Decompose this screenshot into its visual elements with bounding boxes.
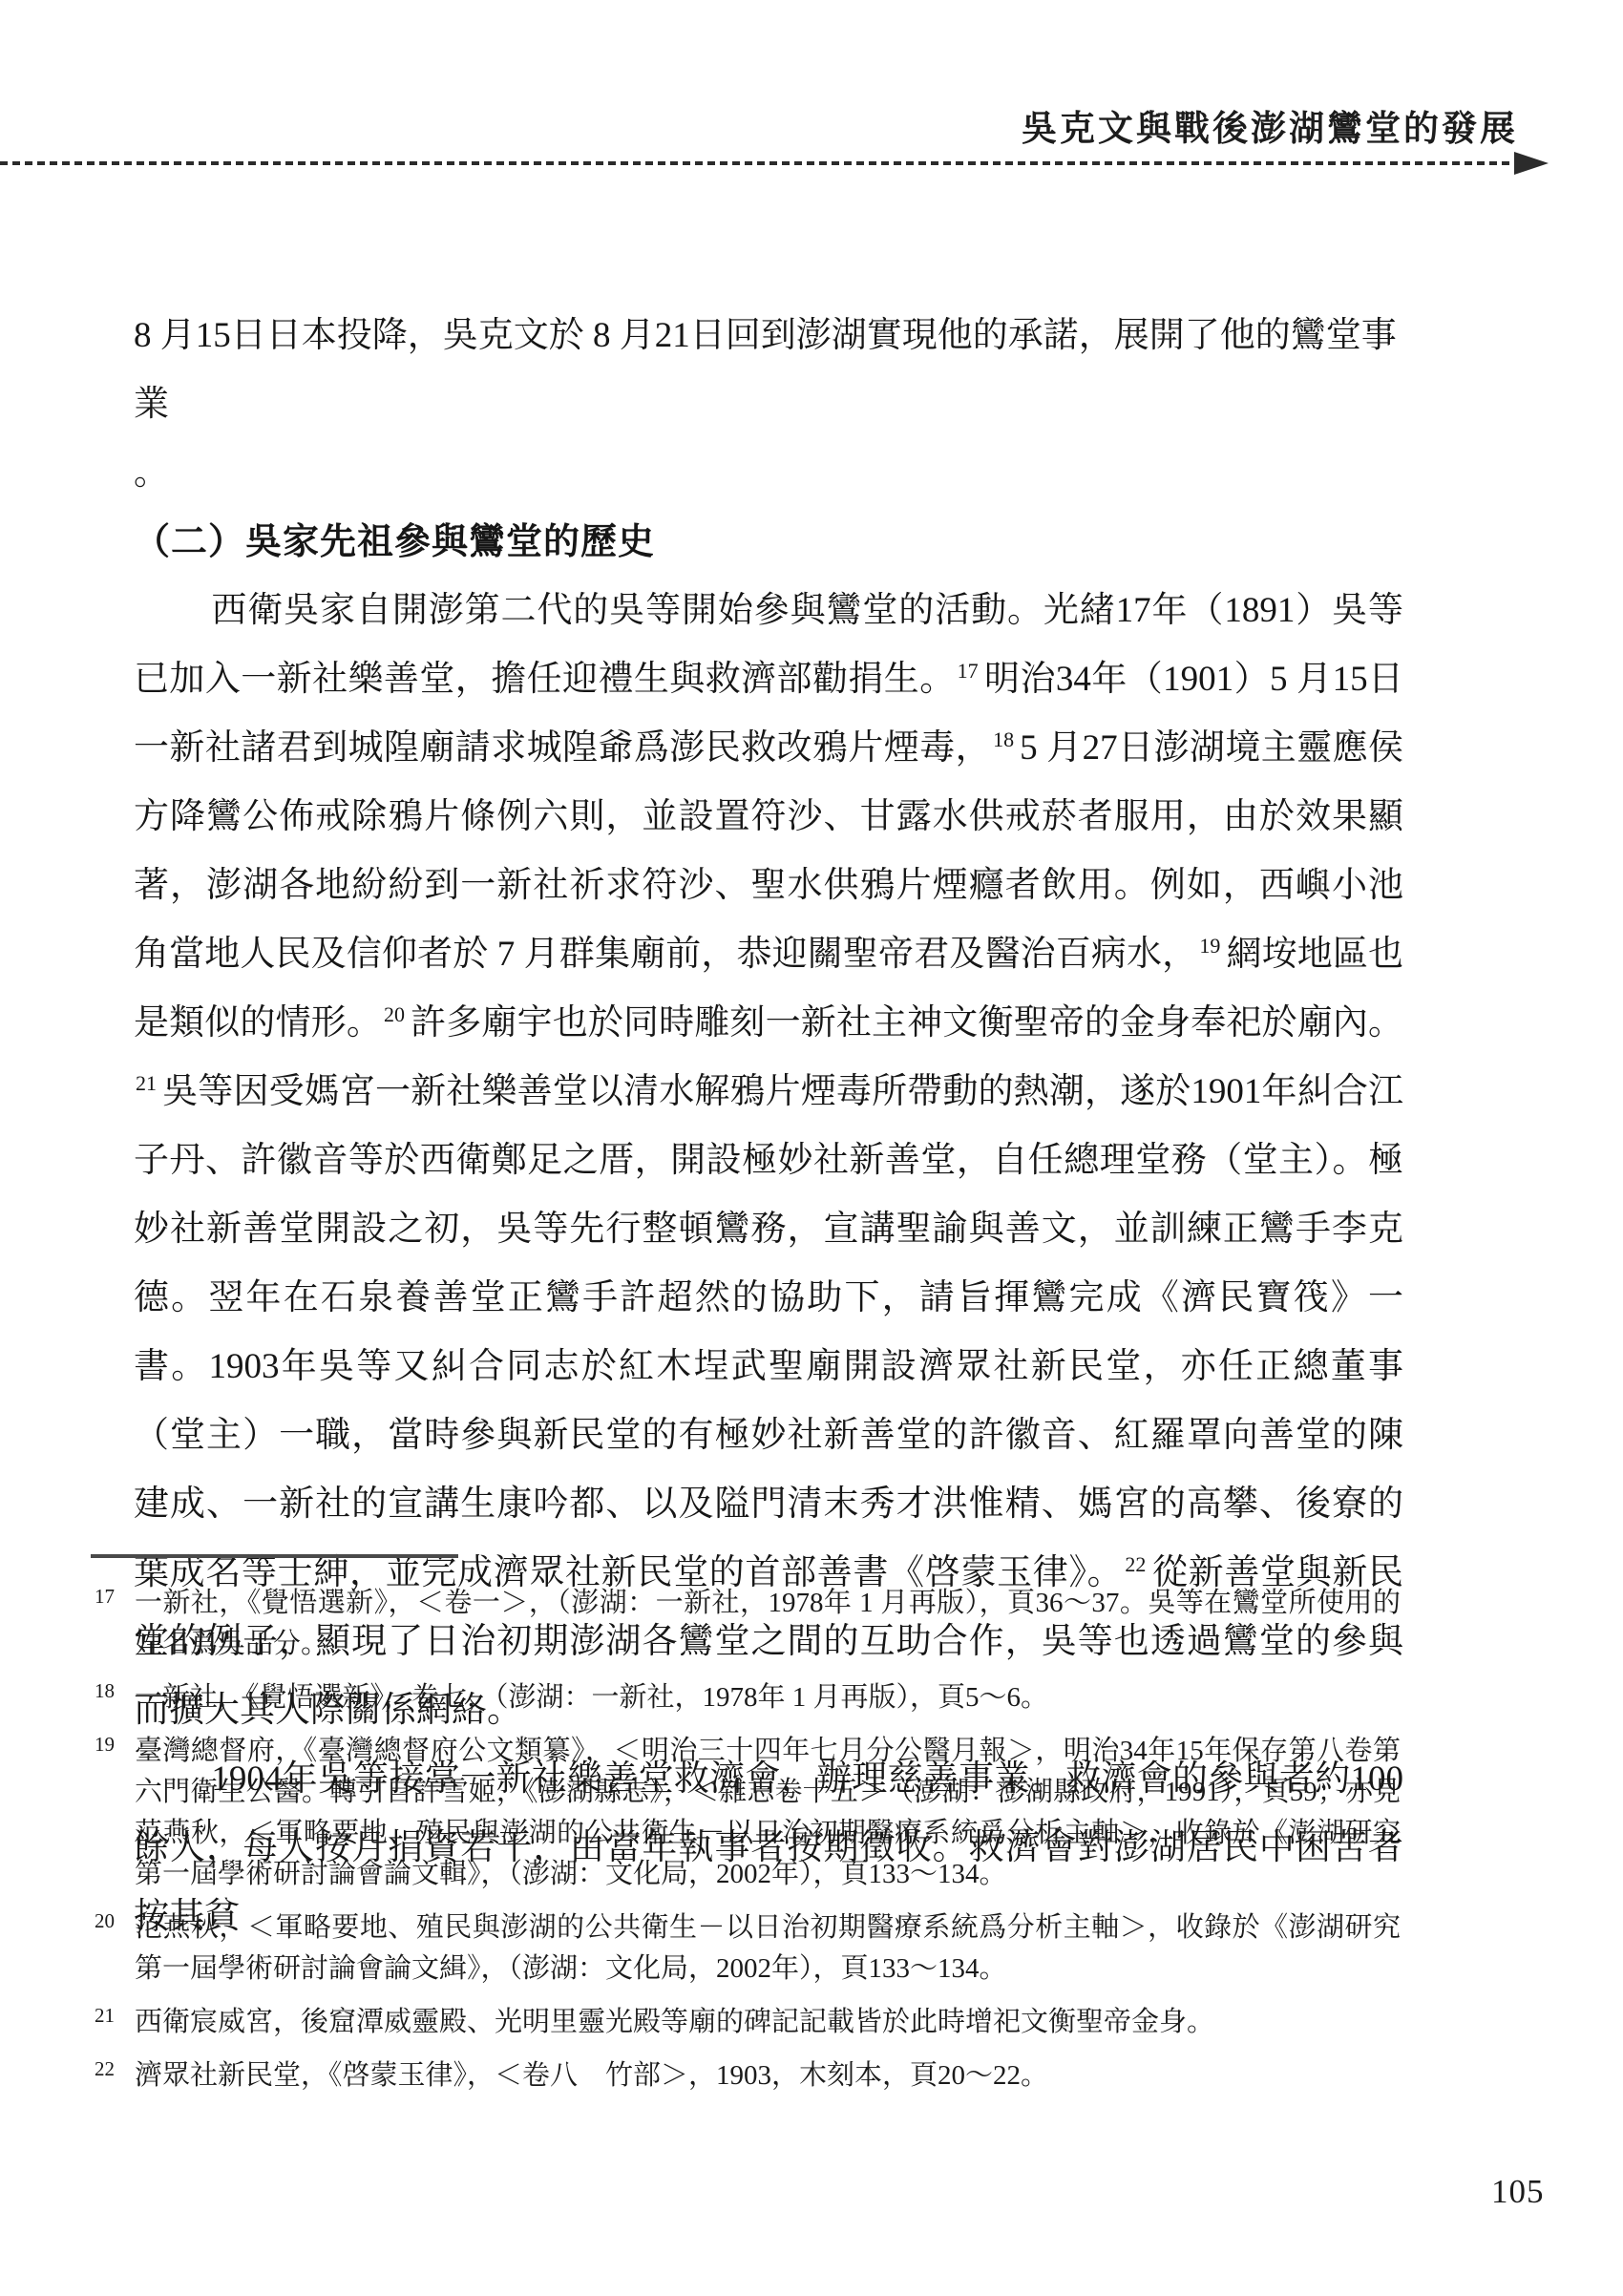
footnote-20: 20 范燕秋，＜軍略要地、殖民與澎湖的公共衛生－以日治初期醫療系統爲分析主軸＞，… — [91, 1907, 1401, 1990]
footnote-ref-20: 20 — [384, 1002, 405, 1026]
footnotes-block: 17 一新社，《覺悟選新》，＜卷一＞，（澎湖：一新社，1978年 1 月再版），… — [91, 1583, 1401, 2109]
footnote-number: 22 — [95, 2049, 115, 2090]
footnote-text: 一新社，《覺悟選新》，卷七，（澎湖：一新社，1978年 1 月再版），頁5～6。 — [135, 1682, 1048, 1713]
footnote-ref-22: 22 — [1125, 1552, 1146, 1576]
footnote-text: 一新社，《覺悟選新》，＜卷一＞，（澎湖：一新社，1978年 1 月再版），頁36… — [135, 1588, 1401, 1659]
document-page: 吳克文與戰後澎湖鸞堂的發展 8 月15日日本投降，吳克文於 8 月21日回到澎湖… — [0, 0, 1623, 2296]
footnote-text: 西衛宸威宮，後窟潭威靈殿、光明里靈光殿等廟的碑記記載皆於此時增祀文衡聖帝金身。 — [135, 2007, 1214, 2037]
arrow-right-icon — [1514, 152, 1549, 175]
footnote-separator — [91, 1554, 458, 1558]
paragraph-history: 西衛吳家自開澎第二代的吳等開始參與鸞堂的活動。光緒17年（1891）吳等已加入一… — [134, 577, 1403, 1745]
footnote-ref-21: 21 — [136, 1071, 157, 1095]
footnote-number: 20 — [95, 1901, 115, 1942]
text-run: 許多廟宇也於同時雕刻一新社主神文衡聖帝的金身奉祀於廟內。 — [411, 1003, 1403, 1043]
text-run: 吳等因受媽宮一新社樂善堂以清水解鴉片煙毒所帶動的熱潮，遂於1901年糾合江子丹、… — [134, 1072, 1403, 1592]
section-heading: （二）吳家先祖參與鸞堂的歷史 — [134, 508, 1403, 577]
footnote-19: 19 臺灣總督府，《臺灣總督府公文類纂》，＜明治三十四年七月分公醫月報＞，明治3… — [91, 1731, 1401, 1895]
footnote-ref-17: 17 — [958, 659, 979, 683]
footnote-21: 21 西衛宸威宮，後窟潭威靈殿、光明里靈光殿等廟的碑記記載皆於此時增祀文衡聖帝金… — [91, 2002, 1401, 2043]
footnote-text: 范燕秋，＜軍略要地、殖民與澎湖的公共衛生－以日治初期醫療系統爲分析主軸＞，收錄於… — [135, 1912, 1401, 1984]
footnote-number: 19 — [95, 1724, 115, 1765]
footnote-text: 臺灣總督府，《臺灣總督府公文類纂》，＜明治三十四年七月分公醫月報＞，明治34年1… — [135, 1736, 1401, 1889]
footnote-number: 21 — [95, 1995, 115, 2036]
paragraph-continuation-period: 。 — [134, 439, 1403, 508]
footnote-ref-19: 19 — [1199, 934, 1220, 958]
footnote-number: 17 — [95, 1576, 115, 1617]
footnote-18: 18 一新社，《覺悟選新》，卷七，（澎湖：一新社，1978年 1 月再版），頁5… — [91, 1677, 1401, 1718]
footnote-text: 濟眾社新民堂，《啓蒙玉律》，＜卷八 竹部＞，1903，木刻本，頁20～22。 — [135, 2060, 1048, 2091]
footnote-number: 18 — [95, 1671, 115, 1712]
running-header-title: 吳克文與戰後澎湖鸞堂的發展 — [1022, 99, 1518, 151]
page-number: 105 — [1491, 2173, 1545, 2211]
header-rule — [0, 161, 1549, 165]
footnote-17: 17 一新社，《覺悟選新》，＜卷一＞，（澎湖：一新社，1978年 1 月再版），… — [91, 1583, 1401, 1665]
footnote-ref-18: 18 — [993, 727, 1014, 751]
dashed-line — [0, 161, 1514, 165]
paragraph-continuation: 8 月15日日本投降，吳克文於 8 月21日回到澎湖實現他的承諾，展開了他的鸞堂… — [134, 302, 1403, 439]
footnote-22: 22 濟眾社新民堂，《啓蒙玉律》，＜卷八 竹部＞，1903，木刻本，頁20～22… — [91, 2055, 1401, 2096]
